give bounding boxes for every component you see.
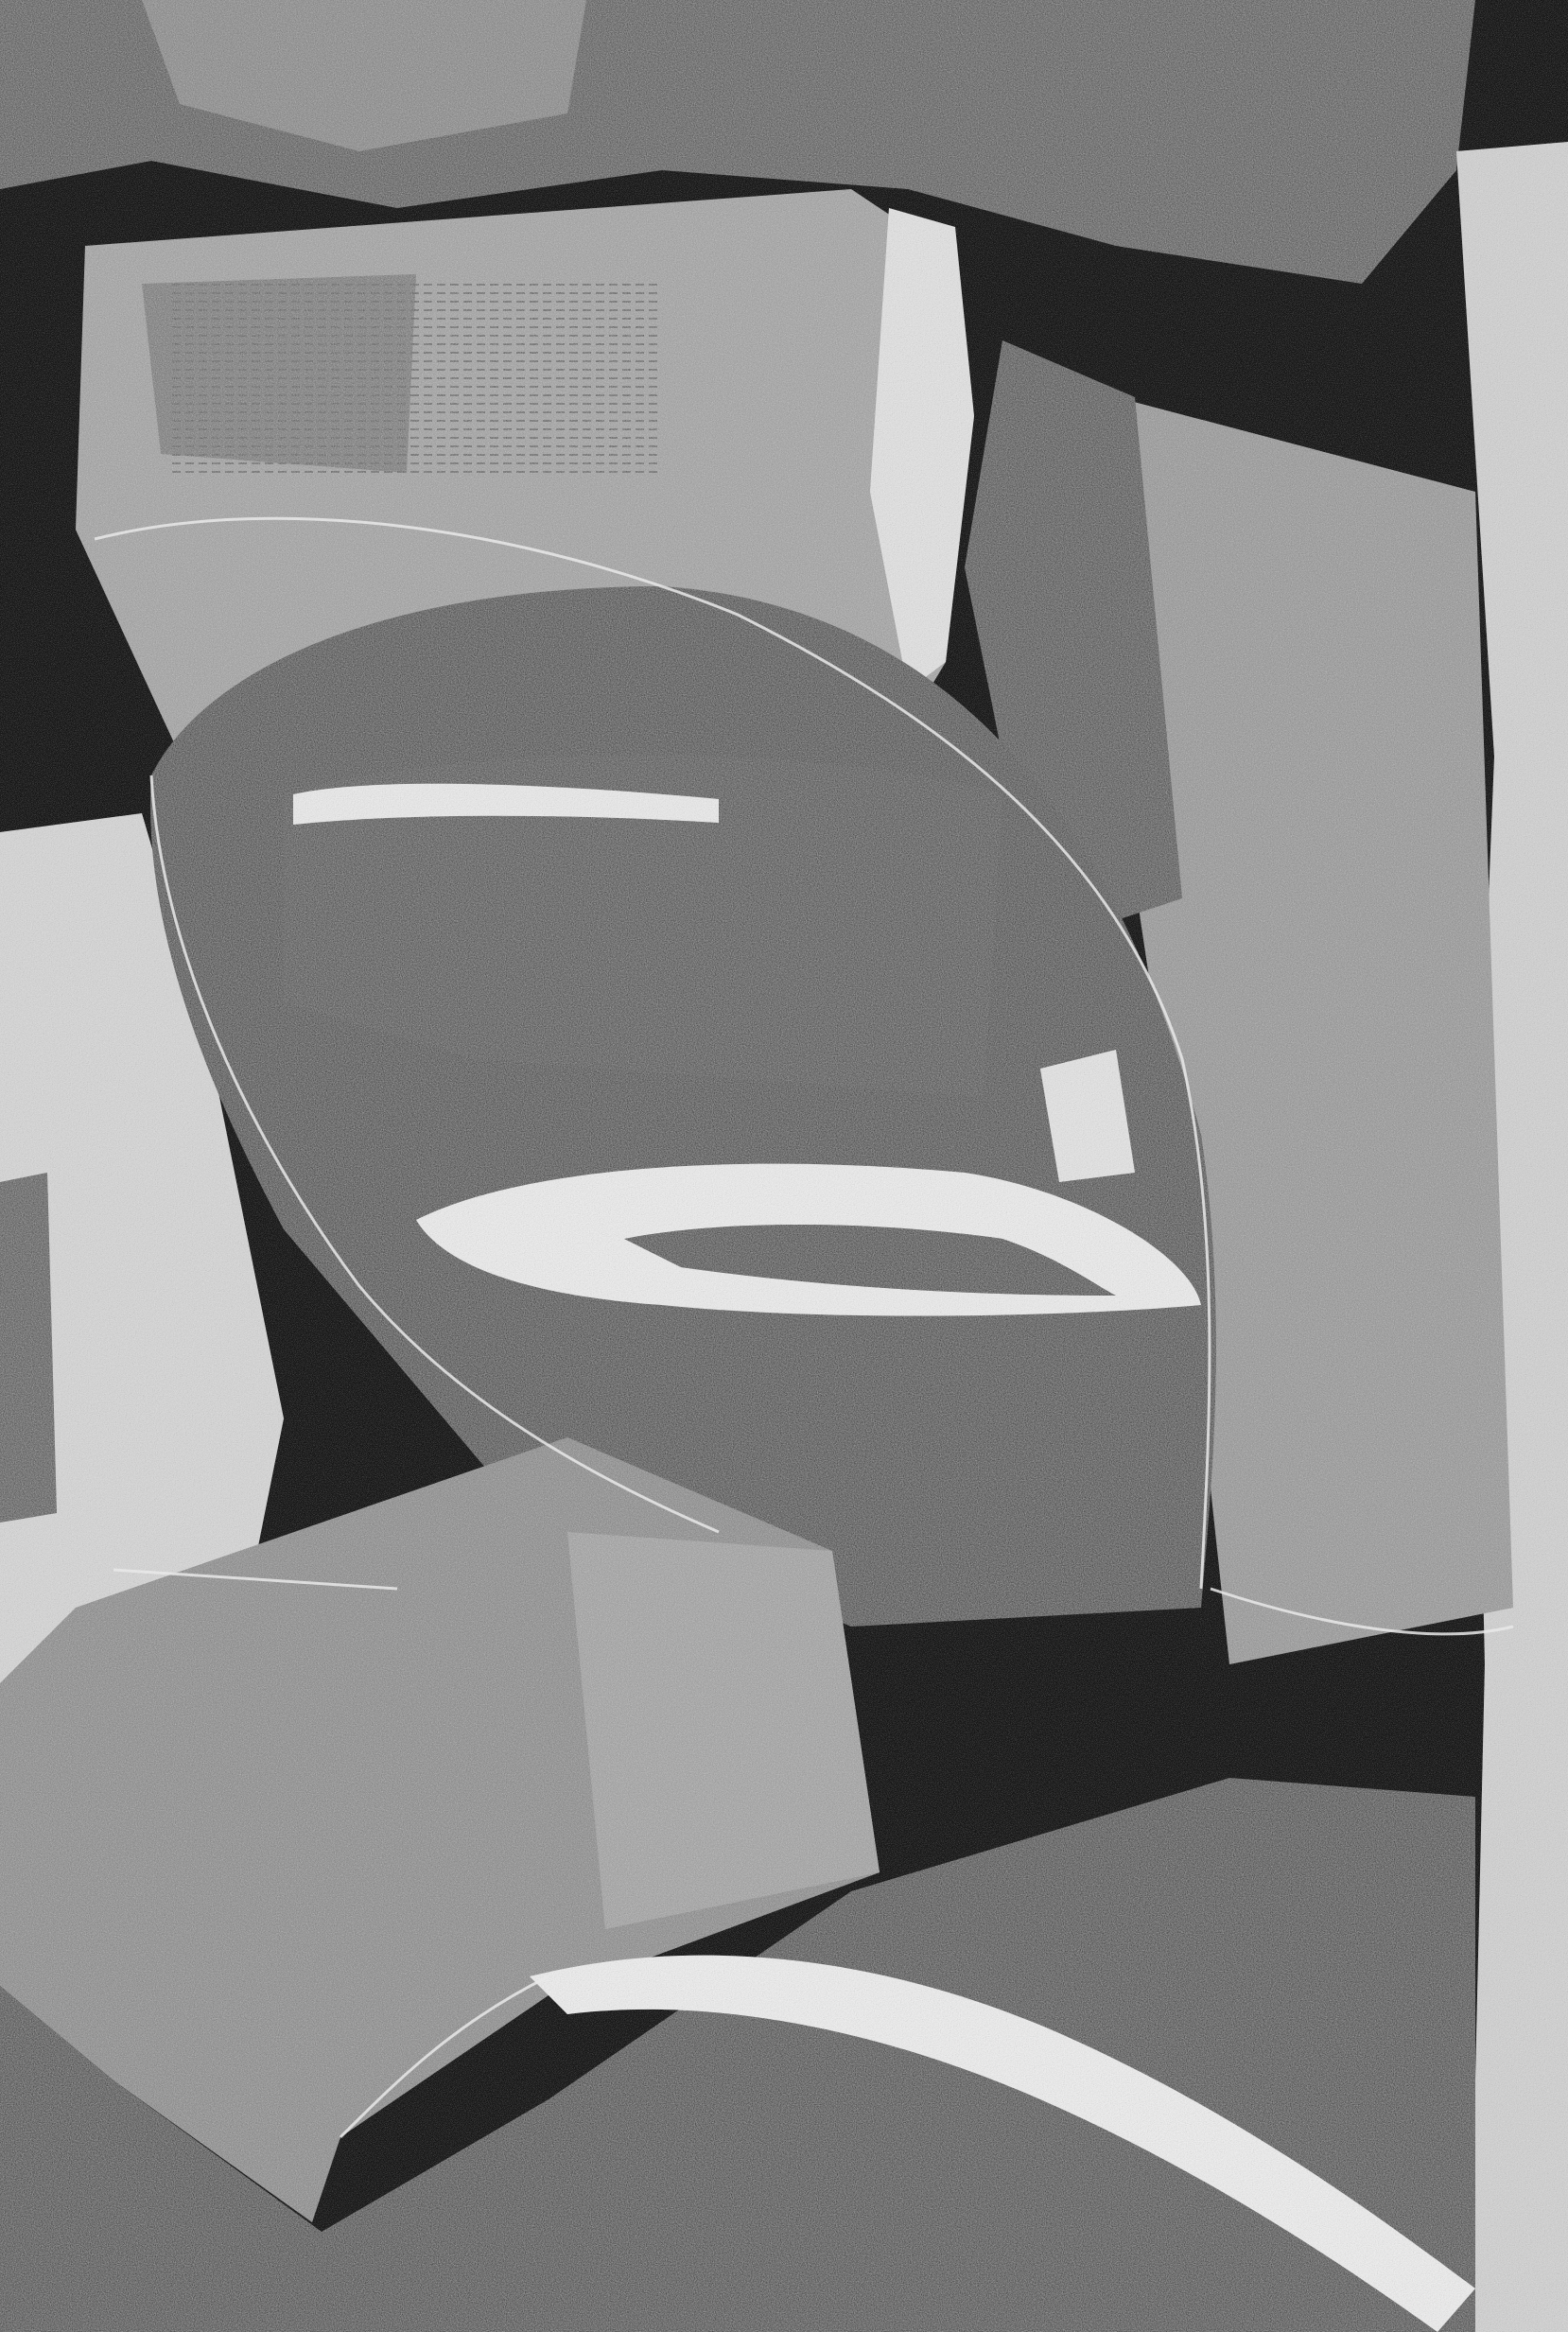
photocopy-speckle-overlay [0,0,1568,2332]
collage-canvas [0,0,1568,2332]
photocopy-collage-artwork: Abstract black-and-white photocopy colla… [0,0,1568,2332]
